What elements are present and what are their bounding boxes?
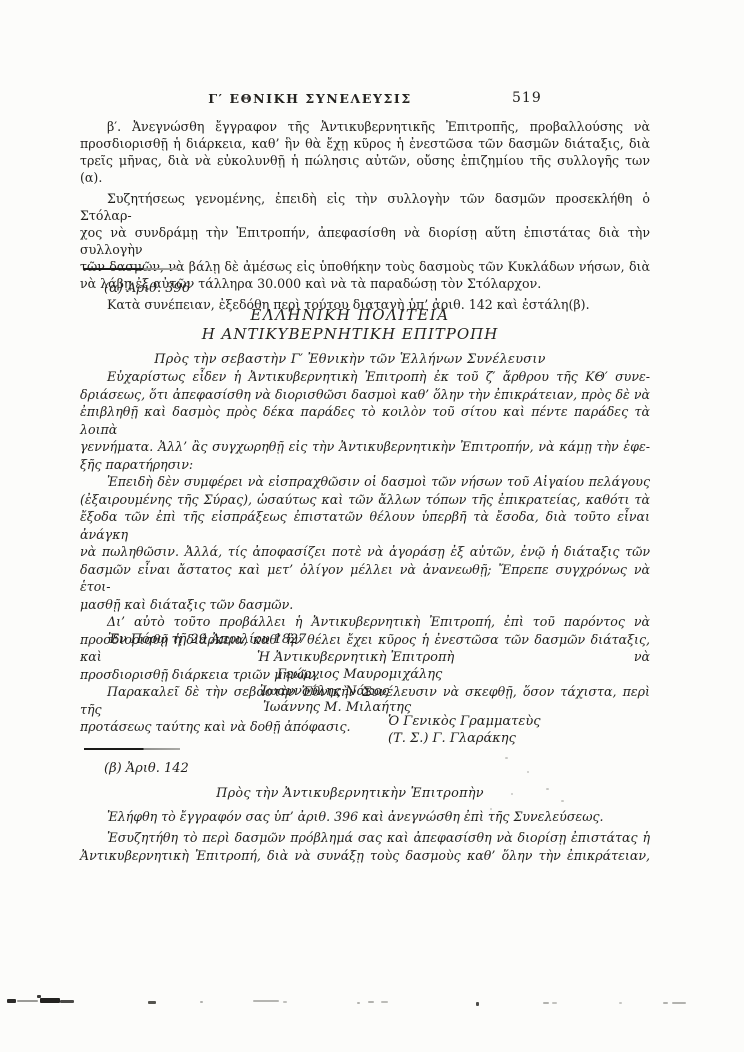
- scan-speck: [511, 793, 513, 795]
- scan-speck: [561, 800, 564, 802]
- scan-artifact: [60, 1000, 74, 1003]
- text-line: Συζητήσεως γενομένης, ἐπειδὴ εἰς τὴν συλ…: [80, 190, 650, 224]
- text-line: γεννήματα. Ἀλλ’ ἂς συγχωρηθῇ εἰς τὴν Ἀντ…: [80, 438, 650, 456]
- scan-artifact: [552, 1002, 557, 1004]
- doc-a-salutation: Πρὸς τὴν σεβαστὴν Γ′ Ἐθνικὴν τῶν Ἑλλήνων…: [70, 352, 630, 367]
- scanned-book-page: Γ′ ΕΘΝΙΚΗ ΣΥΝΕΛΕΥΣΙΣ 519 β′. Ἀνεγνώσθη ἔ…: [0, 0, 744, 1052]
- footnote-separator-rule: [84, 748, 180, 750]
- scan-artifact: [672, 1002, 686, 1004]
- text-line: δριάσεως, ὅτι ἀπεφασίσθη νὰ διορισθῶσι δ…: [80, 386, 650, 404]
- scan-artifact: [17, 1000, 38, 1002]
- text-line: (Τ. Σ.) Γ. Γλαράκης: [388, 731, 541, 748]
- scan-speck: [490, 808, 492, 810]
- text-line: ἔξοδα τῶν ἐπὶ τῆς εἰσπράξεως ἐπιστατῶν θ…: [80, 508, 650, 543]
- text-line: Δι’ αὐτὸ τοῦτο προβάλλει ἡ Ἀντικυβερνητι…: [80, 613, 650, 631]
- text-line: ξῆς παρατήρησιν:: [80, 456, 650, 474]
- scan-artifact: [368, 1001, 374, 1003]
- text-line: προτάσεως ταύτης καὶ νὰ δοθῇ ἀπόφασις.: [80, 718, 650, 736]
- footnote-a-label: (α) Ἀριθ. 396: [104, 281, 190, 296]
- page-number: 519: [512, 90, 542, 106]
- doc-b-body: Ἐλήφθη τὸ ἔγγραφόν σας ὑπ’ ἀριθ. 396 καὶ…: [80, 808, 650, 865]
- text-line: δασμῶν εἶναι ἄστατος καὶ μετ’ ὀλίγον μέλ…: [80, 561, 650, 596]
- text-line: Εὐχαρίστως εἶδεν ἡ Ἀντικυβερνητικὴ Ἐπιτρ…: [80, 368, 650, 386]
- doc-a-secretary-signature: Ὁ Γενικὸς Γραμματεὺς(Τ. Σ.) Γ. Γλαράκης: [388, 714, 541, 748]
- doc-a-heading-state: ΕΛΛΗΝΙΚΗ ΠΟΛΙΤΕΙΑ: [70, 306, 630, 324]
- scan-artifact: [40, 998, 60, 1003]
- text-line: Γεώργιος Μαυρομιχάλης: [277, 667, 454, 684]
- text-line: Ἐπειδὴ δὲν συμφέρει νὰ εἰσπραχθῶσιν οἱ δ…: [80, 473, 650, 491]
- running-head-title: Γ′ ΕΘΝΙΚΗ ΣΥΝΕΛΕΥΣΙΣ: [80, 91, 540, 106]
- scan-artifact: [148, 1001, 156, 1004]
- scan-artifact: [7, 999, 16, 1003]
- text-line: νὰ πωληθῶσιν. Ἀλλά, τίς ἀποφασίζει ποτὲ …: [80, 543, 650, 561]
- scan-artifact: [619, 1002, 622, 1004]
- scan-artifact: [543, 1002, 549, 1004]
- text-line: τῶν δασμῶν, νὰ βάλῃ δὲ ἀμέσως εἰς ὑποθήκ…: [80, 258, 650, 275]
- text-line: Ἡ Ἀντικυβερνητικὴ Ἐπιτροπὴ: [257, 650, 454, 667]
- paragraph: Ἐσυζητήθη τὸ περὶ δασμῶν πρόβλημά σας κα…: [80, 829, 650, 865]
- scan-speck: [505, 757, 508, 759]
- scan-artifact: [476, 1002, 479, 1006]
- text-line: μασθῇ καὶ διάταξις τῶν δασμῶν.: [80, 596, 650, 614]
- scan-artifact: [381, 1001, 388, 1003]
- scan-artifact: [200, 1001, 203, 1003]
- paragraph: β′. Ἀνεγνώσθη ἔγγραφον τῆς Ἀντικυβερνητι…: [80, 118, 650, 186]
- text-line: Ὁ Γενικὸς Γραμματεὺς: [388, 714, 541, 731]
- text-line: ἐπιβληθῇ καὶ δασμὸς πρὸς δέκα παράδες τὸ…: [80, 403, 650, 438]
- doc-a-dateline: Ἐν Πόρῳ τῇ 29 Ἀπριλίου 1827: [108, 632, 306, 647]
- doc-a-heading-committee: Η ΑΝΤΙΚΥΒΕΡΝΗΤΙΚΗ ΕΠΙΤΡΟΠΗ: [70, 325, 630, 343]
- scan-speck: [546, 788, 549, 790]
- text-line: Ἐλήφθη τὸ ἔγγραφόν σας ὑπ’ ἀριθ. 396 καὶ…: [80, 808, 650, 826]
- paragraph: Συζητήσεως γενομένης, ἐπειδὴ εἰς τὴν συλ…: [80, 190, 650, 292]
- paragraph: Ἐπειδὴ δὲν συμφέρει νὰ εἰσπραχθῶσιν οἱ δ…: [80, 473, 650, 613]
- paragraph: Ἐλήφθη τὸ ἔγγραφόν σας ὑπ’ ἀριθ. 396 καὶ…: [80, 808, 650, 826]
- scan-artifact: [357, 1002, 360, 1004]
- text-line: προσδιορισθῇ ἡ διάρκεια, καθ’ ἣν θὰ ἔχῃ …: [80, 135, 650, 152]
- scan-artifact: [283, 1001, 287, 1003]
- text-line: Ἀντικυβερνητικὴ Ἐπιτροπή, διὰ νὰ συνάξῃ …: [80, 847, 650, 865]
- text-line: β′. Ἀνεγνώσθη ἔγγραφον τῆς Ἀντικυβερνητι…: [80, 118, 650, 135]
- scan-speck: [527, 771, 529, 773]
- doc-a-signatories: Ἡ Ἀντικυβερνητικὴ ἘπιτροπὴΓεώργιος Μαυρο…: [257, 650, 454, 717]
- paragraph: Εὐχαρίστως εἶδεν ἡ Ἀντικυβερνητικὴ Ἐπιτρ…: [80, 368, 650, 473]
- text-line: χος νὰ συνδράμῃ τὴν Ἐπιτροπήν, ἀπεφασίσθ…: [80, 224, 650, 258]
- text-line: Ἰωαννούλης Νάκος: [260, 684, 454, 701]
- text-line: (ἐξαιρουμένης τῆς Σύρας), ὡσαύτως καὶ τῶ…: [80, 491, 650, 509]
- footnote-b-label: (β) Ἀριθ. 142: [104, 761, 189, 776]
- scan-artifact: [663, 1002, 668, 1004]
- text-line: Ἐσυζητήθη τὸ περὶ δασμῶν πρόβλημά σας κα…: [80, 829, 650, 847]
- scan-artifact: [253, 1000, 279, 1002]
- footnote-separator-rule: [84, 268, 180, 270]
- text-line: τρεῖς μῆνας, διὰ νὰ εὐκολυνθῇ ἡ πώλησις …: [80, 152, 650, 186]
